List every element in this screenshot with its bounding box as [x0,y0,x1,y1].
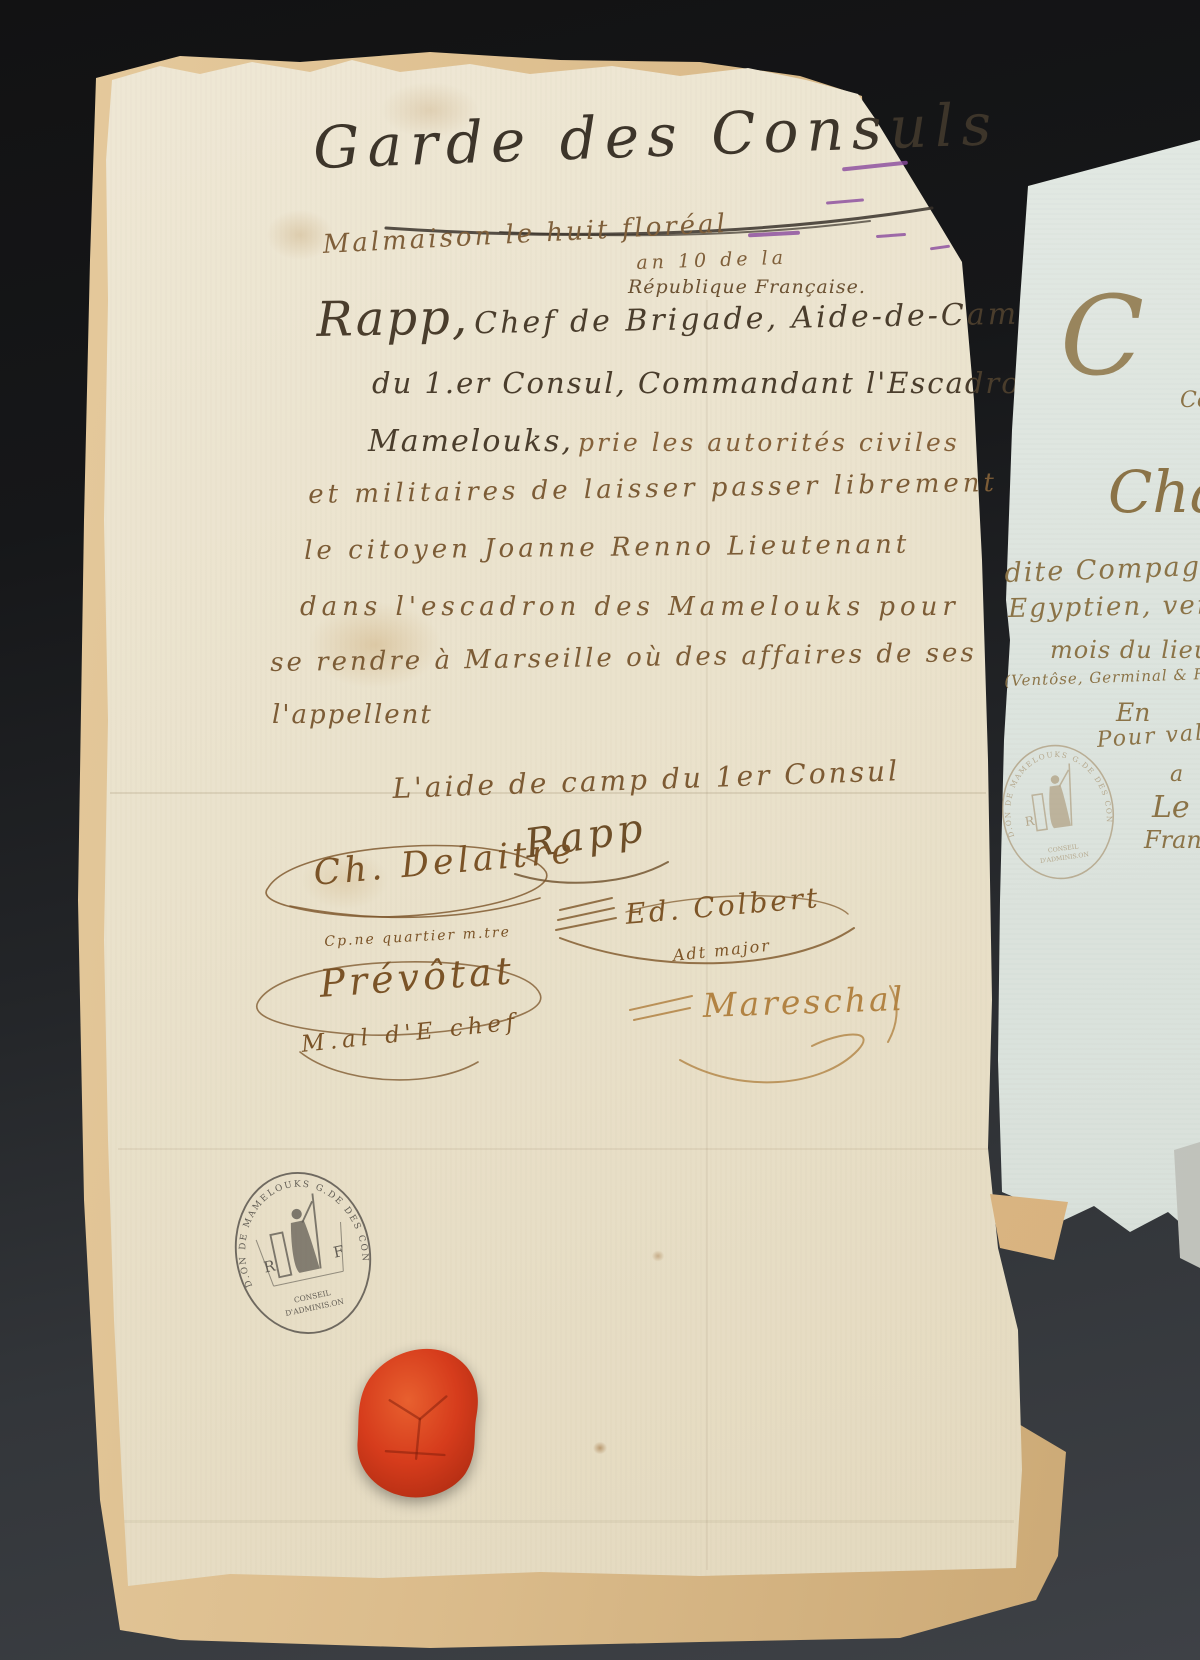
body-line: le citoyen Joanne Renno Lieutenant [304,530,910,566]
stamp-adminis-text: D'ADMINIS.ON [1040,851,1090,865]
stamp-figure-icon [1029,763,1078,830]
fold-crease [124,1520,1014,1523]
side-body-line: Le C [1152,790,1200,825]
side-body-line: mois du lieutenant [1050,636,1200,664]
body-line: dans l'escadron des Mamelouks pour [300,592,960,622]
wax-seal [340,1336,496,1506]
body-line: du 1.er Consul, Commandant l'Escadron de [372,366,1092,400]
side-body-line: En [1116,698,1150,727]
fold-crease [118,1148,988,1150]
side-body-line: Fran [1144,826,1200,854]
signature-mareschal: Mareschal [702,979,906,1025]
stamp-letter-f: F [332,1242,346,1262]
photo-of-historical-documents: Garde des Consuls Malmaison le huit flor… [0,0,1200,1660]
side-fragment-word: Com [1180,388,1200,413]
stamp-letter-r: R [1024,813,1036,829]
side-body-line: Egyptien, venu de [1008,589,1200,624]
side-flourish-initial: C [1060,272,1144,400]
side-body-line: a [1170,762,1183,787]
side-fragment-word: Char [1108,458,1200,526]
body-line: Mamelouks, prie les autorités civiles [368,424,960,459]
body-line: l'appellent [272,700,433,730]
author-name: Rapp, [316,289,470,348]
squadron-ink-stamp-faded: ESCAD.ON DE MAMELOUKS G.DE DES CONSULS R… [986,726,1131,898]
